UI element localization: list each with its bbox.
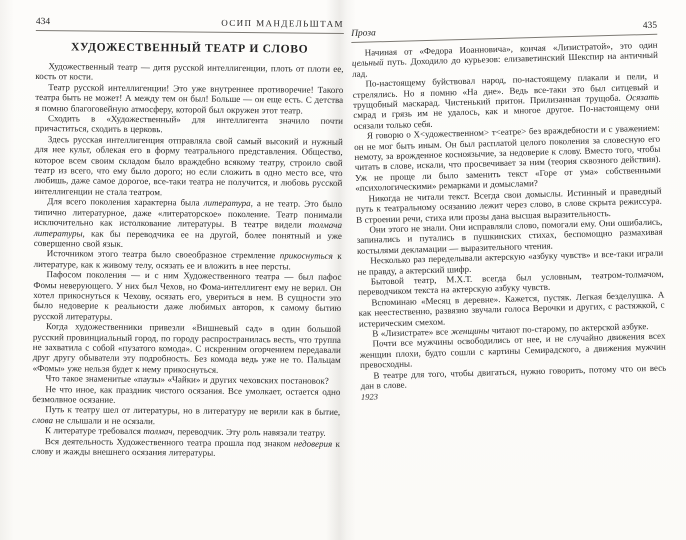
left-page-body: Художественный театр — дитя русской инте… (32, 61, 344, 459)
paragraph: Я говорю о Х<удожественном> т<еатре> без… (354, 123, 662, 194)
paragraph: По-настоящему буйствовал народ, по-насто… (352, 71, 659, 131)
left-page-header: 434 ОСИП МАНДЕЛЬШТАМ (36, 16, 344, 31)
paragraph: Пафосом поколения — и с ним Художественн… (33, 269, 341, 324)
left-header-rule (36, 30, 344, 34)
right-page: Проза 435 Начиная от «Федора Иоанновича»… (351, 21, 667, 403)
paragraph: Здесь русская интеллигенция отправляла с… (34, 134, 343, 199)
book-scan: 434 ОСИП МАНДЕЛЬШТАМ ХУДОЖЕСТВЕННЫЙ ТЕАТ… (0, 0, 686, 540)
right-page-body: Начиная от «Федора Иоанновича», кончая «… (352, 40, 667, 392)
paragraph: Вся деятельность Художественного театра … (32, 436, 340, 460)
chapter-title: ХУДОЖЕСТВЕННЫЙ ТЕАТР И СЛОВО (36, 41, 344, 57)
left-page: 434 ОСИП МАНДЕЛЬШТАМ ХУДОЖЕСТВЕННЫЙ ТЕАТ… (32, 16, 344, 459)
paragraph: Театр русской интеллигенции! Это уже вну… (35, 82, 343, 116)
left-page-number: 434 (36, 17, 50, 28)
left-running-header: ОСИП МАНДЕЛЬШТАМ (221, 18, 344, 30)
paragraph: Источником этого театра было своеобразно… (34, 248, 342, 272)
paragraph: Когда художественники привезли «Вишневый… (33, 321, 341, 376)
paragraph: Для всего поколения характерна была лите… (34, 196, 342, 251)
paragraph: Сходить в «Художественный» для интеллиге… (35, 113, 343, 137)
paragraph: Не что иное, как праздник чистого осязан… (32, 384, 340, 408)
right-running-header: Проза (351, 28, 376, 40)
page-edge-shade (0, 0, 14, 540)
paragraph: Путь к театру шел от литературы, но в ли… (32, 404, 340, 428)
paragraph: Художественный театр — дитя русской инте… (35, 61, 343, 85)
right-page-number: 435 (643, 21, 658, 32)
